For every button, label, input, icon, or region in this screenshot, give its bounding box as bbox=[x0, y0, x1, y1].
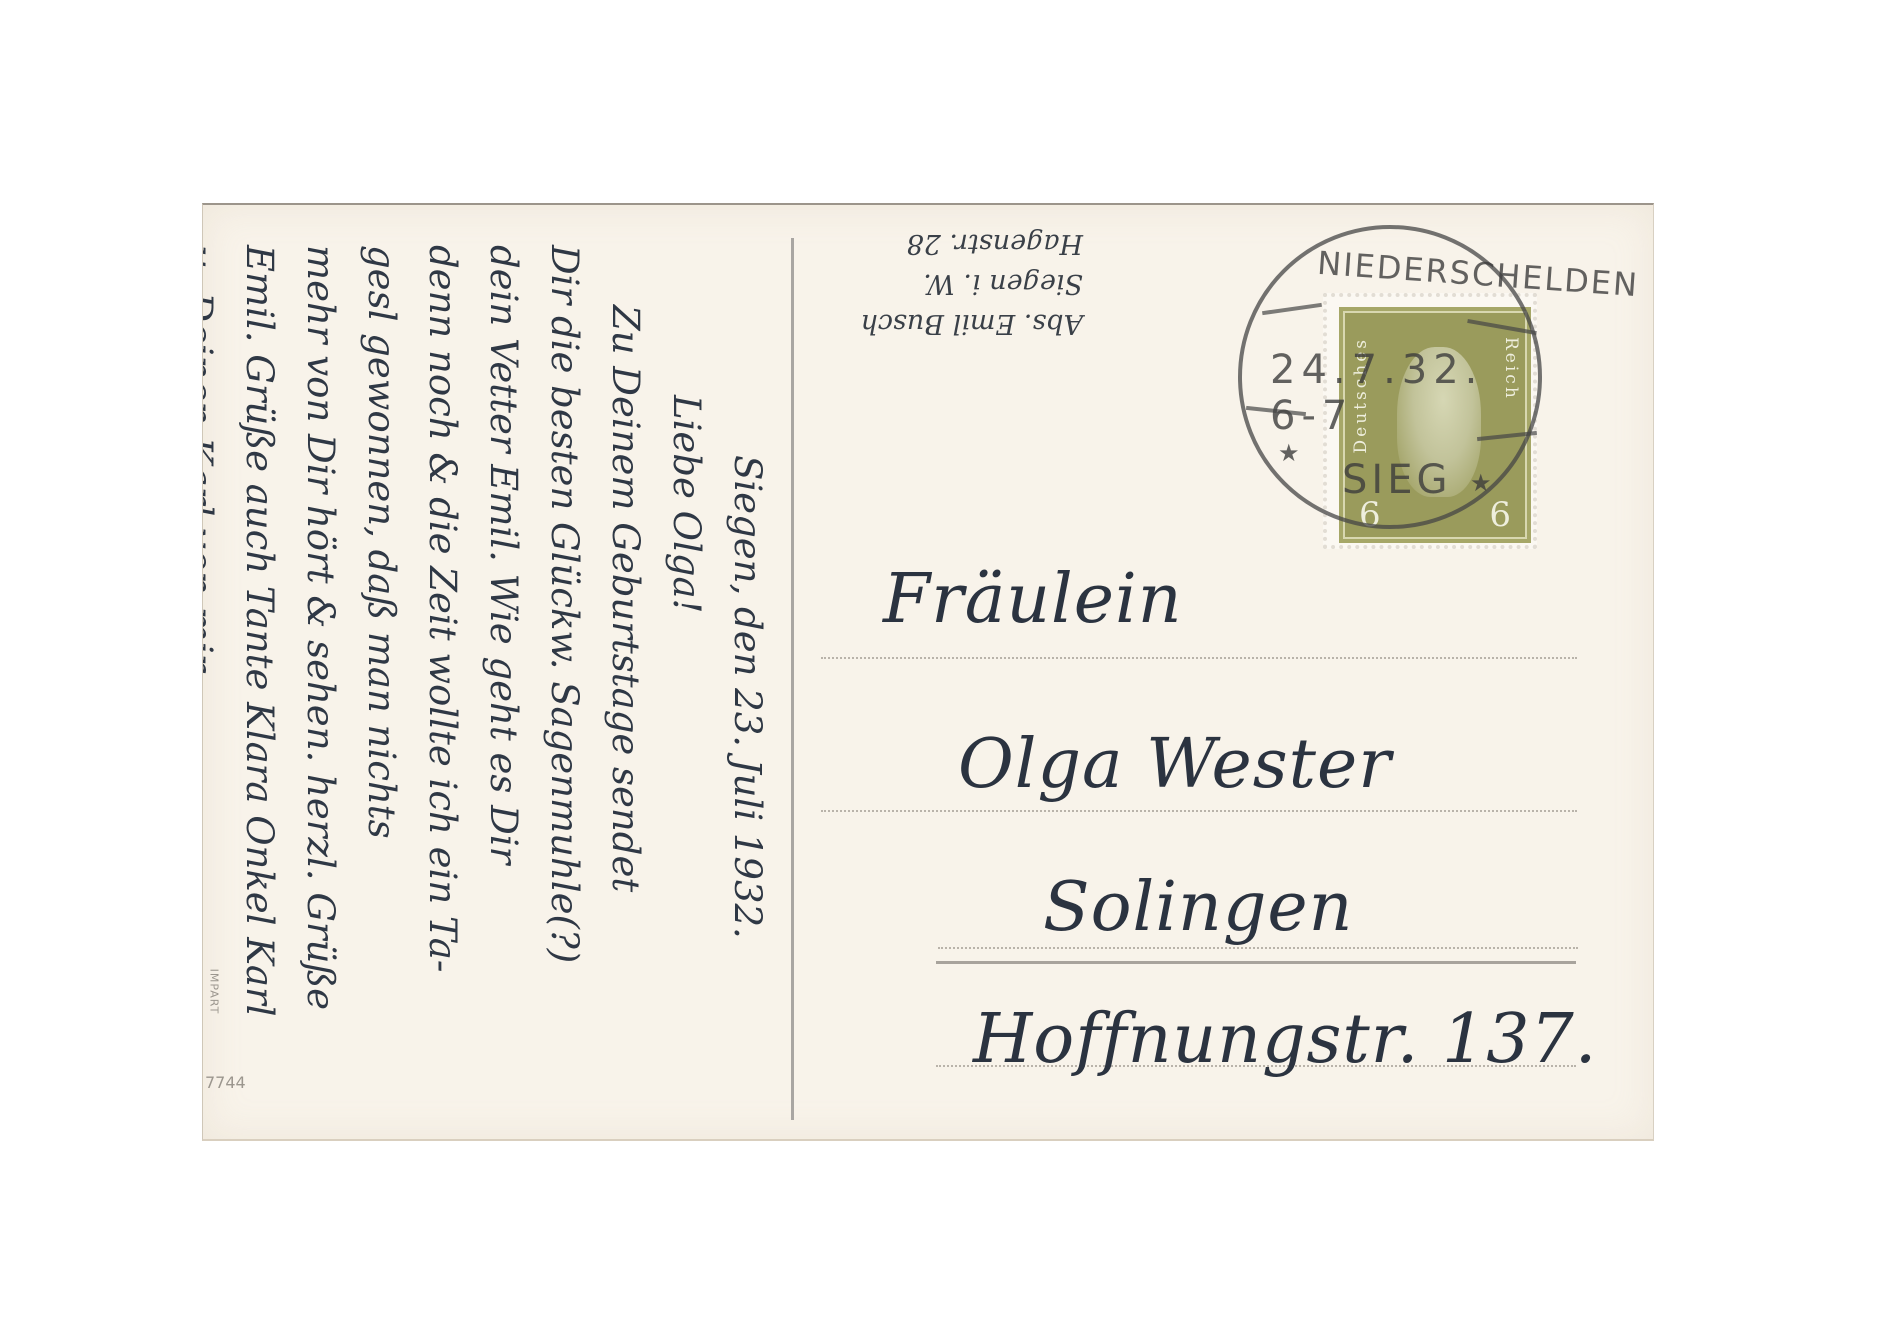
address-rule bbox=[821, 810, 1577, 812]
postmark: NIEDERSCHELDEN 24.7.32. 6-7 ★ ★ SIEG bbox=[1238, 225, 1542, 529]
message-line: Dir die besten Glückw. Sagenmuhle(?) bbox=[534, 245, 595, 1125]
postmark-bar bbox=[1262, 303, 1322, 315]
postmark-town: NIEDERSCHELDEN bbox=[1316, 244, 1640, 304]
recipient-city: Solingen bbox=[1043, 868, 1353, 947]
address-underline bbox=[936, 961, 1576, 964]
recipient-street: Hoffnungstr. 137. bbox=[973, 1000, 1597, 1079]
message-line: gesl gewonnen, daß man nichts bbox=[351, 245, 412, 1125]
postmark-star-icon: ★ bbox=[1470, 469, 1492, 497]
postcard: Siegen, den 23. Juli 1932. Liebe Olga! Z… bbox=[202, 203, 1654, 1141]
stamp-value: 6 bbox=[1489, 495, 1511, 535]
sender-line: Hagenstr. 28 bbox=[803, 223, 1083, 263]
publisher-imprint: IMPART bbox=[207, 969, 220, 1015]
address-rule bbox=[821, 657, 1577, 659]
sender-line: Abs. Emil Busch bbox=[803, 303, 1083, 343]
message-date: Siegen, den 23. Juli 1932. bbox=[717, 245, 778, 1125]
sender-line: Siegen i. W. bbox=[803, 263, 1083, 303]
recipient-salutation: Fräulein bbox=[883, 560, 1183, 639]
recipient-name: Olga Wester bbox=[958, 725, 1392, 804]
center-divider-line bbox=[791, 238, 794, 1120]
message-line: denn noch & die Zeit wollte ich ein Ta- bbox=[412, 245, 473, 1125]
message-line: mehr von Dir hört & sehen. herzl. Grüße bbox=[290, 245, 351, 1125]
card-number: 7744 bbox=[205, 1073, 246, 1092]
message-line: Emil. Grüße auch Tante Klara Onkel Karl bbox=[229, 245, 290, 1125]
message-line: dein Vetter Emil. Wie geht es Dir bbox=[473, 245, 534, 1125]
postmark-date: 24.7.32. 6-7 bbox=[1270, 347, 1538, 439]
message-text: Siegen, den 23. Juli 1932. Liebe Olga! Z… bbox=[203, 245, 778, 1125]
message-greeting: Liebe Olga! bbox=[656, 245, 717, 1125]
sender-address: Abs. Emil Busch Siegen i. W. Hagenstr. 2… bbox=[803, 223, 1083, 343]
postmark-region: SIEG bbox=[1342, 457, 1451, 503]
postmark-star-icon: ★ bbox=[1278, 439, 1300, 467]
message-line: Zu Deinem Geburtstage sendet bbox=[595, 245, 656, 1125]
address-rule bbox=[938, 947, 1578, 949]
postmark-bar bbox=[1467, 319, 1537, 335]
message-area: Siegen, den 23. Juli 1932. Liebe Olga! Z… bbox=[203, 205, 793, 1139]
